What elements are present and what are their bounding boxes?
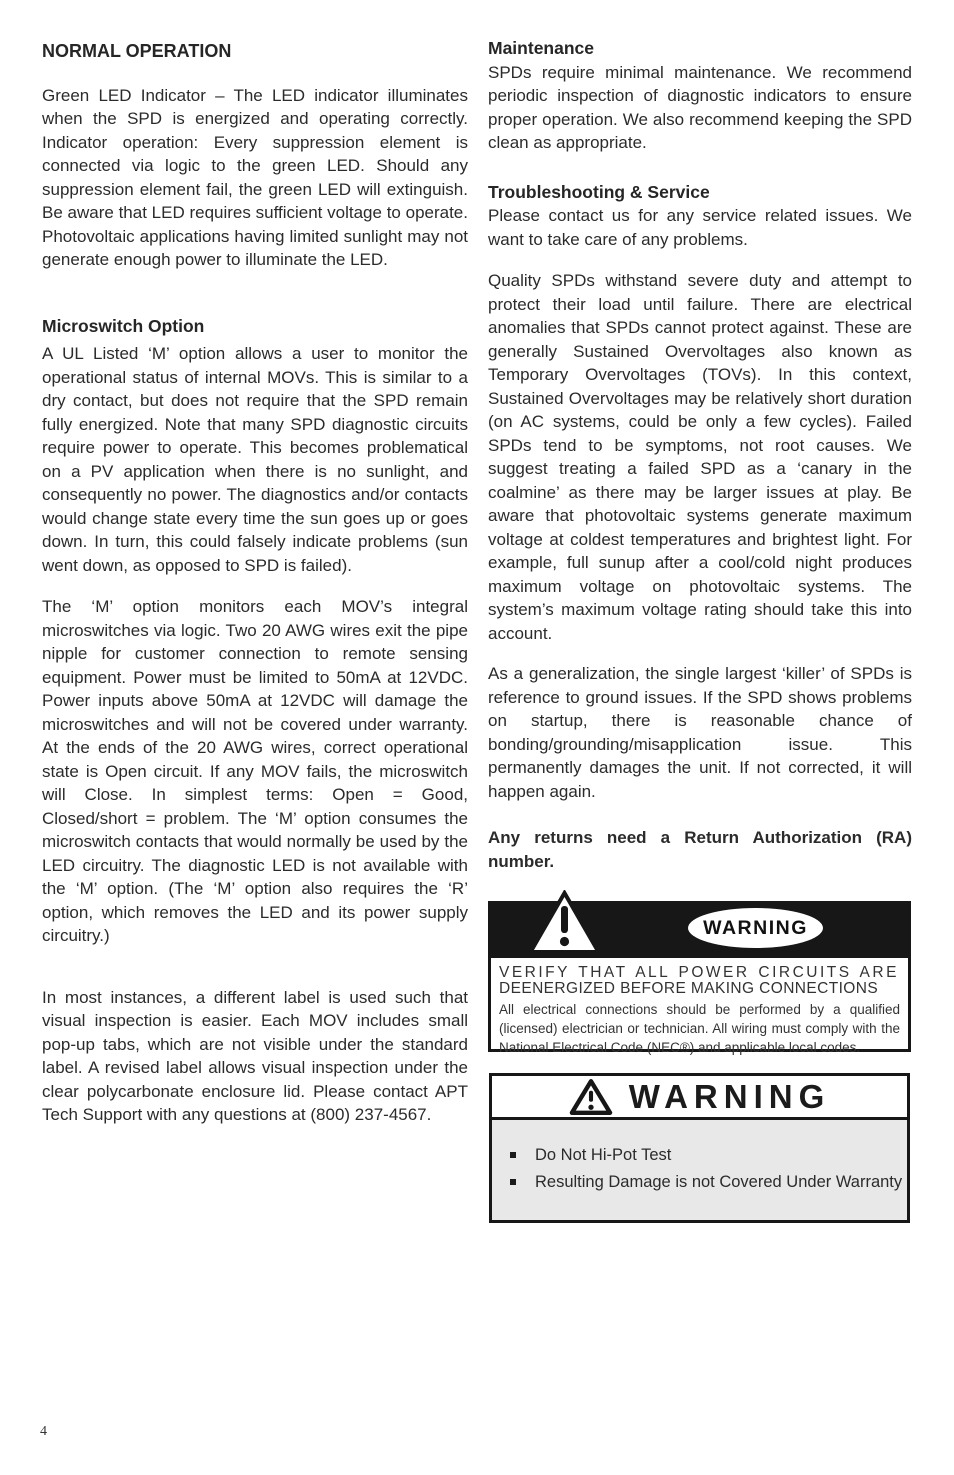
warning-oval-badge: WARNING bbox=[688, 908, 823, 948]
paragraph-m-option-monitors: The ‘M’ option monitors each MOV’s integ… bbox=[42, 595, 468, 948]
paragraph-troubleshooting: Please contact us for any service relate… bbox=[488, 204, 912, 251]
paragraph-green-led: Green LED Indicator – The LED indicator … bbox=[42, 84, 468, 272]
warning-title: WARNING bbox=[629, 1078, 831, 1116]
paragraph-ul-listed: A UL Listed ‘M’ option allows a user to … bbox=[42, 342, 468, 577]
square-bullet-icon bbox=[510, 1179, 516, 1185]
square-bullet-icon bbox=[510, 1152, 516, 1158]
warning-verify-line: VERIFY THAT ALL POWER CIRCUITS ARE bbox=[499, 964, 900, 981]
warning-deenergized-line: DEENERGIZED BEFORE MAKING CONNECTIONS bbox=[499, 981, 900, 997]
bullet-text: Do Not Hi-Pot Test bbox=[535, 1142, 671, 1169]
left-column: NORMAL OPERATION Green LED Indicator – T… bbox=[42, 40, 468, 1127]
bullet-item-warranty: Resulting Damage is not Covered Under Wa… bbox=[510, 1169, 907, 1196]
warning-black-band: WARNING bbox=[488, 901, 911, 958]
heading-microswitch-option: Microswitch Option bbox=[42, 315, 468, 339]
bullet-item-hipot: Do Not Hi-Pot Test bbox=[510, 1142, 907, 1169]
page-number: 4 bbox=[40, 1424, 47, 1440]
paragraph-maintenance: SPDs require minimal maintenance. We rec… bbox=[488, 61, 912, 155]
warning-header: WARNING bbox=[489, 1073, 910, 1120]
warning-bullet-list: Do Not Hi-Pot Test Resulting Damage is n… bbox=[489, 1120, 910, 1223]
warning-badge-label: WARNING bbox=[703, 917, 808, 940]
paragraph-generalization: As a generalization, the single largest … bbox=[488, 662, 912, 803]
heading-normal-operation: NORMAL OPERATION bbox=[42, 40, 468, 64]
warning-body-text: VERIFY THAT ALL POWER CIRCUITS ARE DEENE… bbox=[488, 958, 911, 1052]
warning-triangle-icon bbox=[527, 890, 602, 955]
alert-triangle-icon bbox=[569, 1077, 613, 1117]
paragraph-label-inspection: In most instances, a different label is … bbox=[42, 986, 468, 1127]
bullet-text: Resulting Damage is not Covered Under Wa… bbox=[535, 1169, 902, 1196]
paragraph-quality-spds: Quality SPDs withstand severe duty and a… bbox=[488, 269, 912, 645]
right-column: Maintenance SPDs require minimal mainten… bbox=[488, 37, 912, 873]
paragraph-returns-ra: Any returns need a Return Authorization … bbox=[488, 826, 912, 873]
warning-electrician-note: All electrical connections should be per… bbox=[499, 1000, 900, 1057]
document-page: NORMAL OPERATION Green LED Indicator – T… bbox=[0, 0, 954, 1475]
heading-maintenance: Maintenance bbox=[488, 37, 912, 61]
warning-box-hipot: WARNING Do Not Hi-Pot Test Resulting Dam… bbox=[489, 1073, 910, 1223]
warning-box-deenergize: WARNING VERIFY THAT ALL POWER CIRCUITS A… bbox=[488, 890, 911, 1052]
heading-troubleshooting: Troubleshooting & Service bbox=[488, 181, 912, 205]
